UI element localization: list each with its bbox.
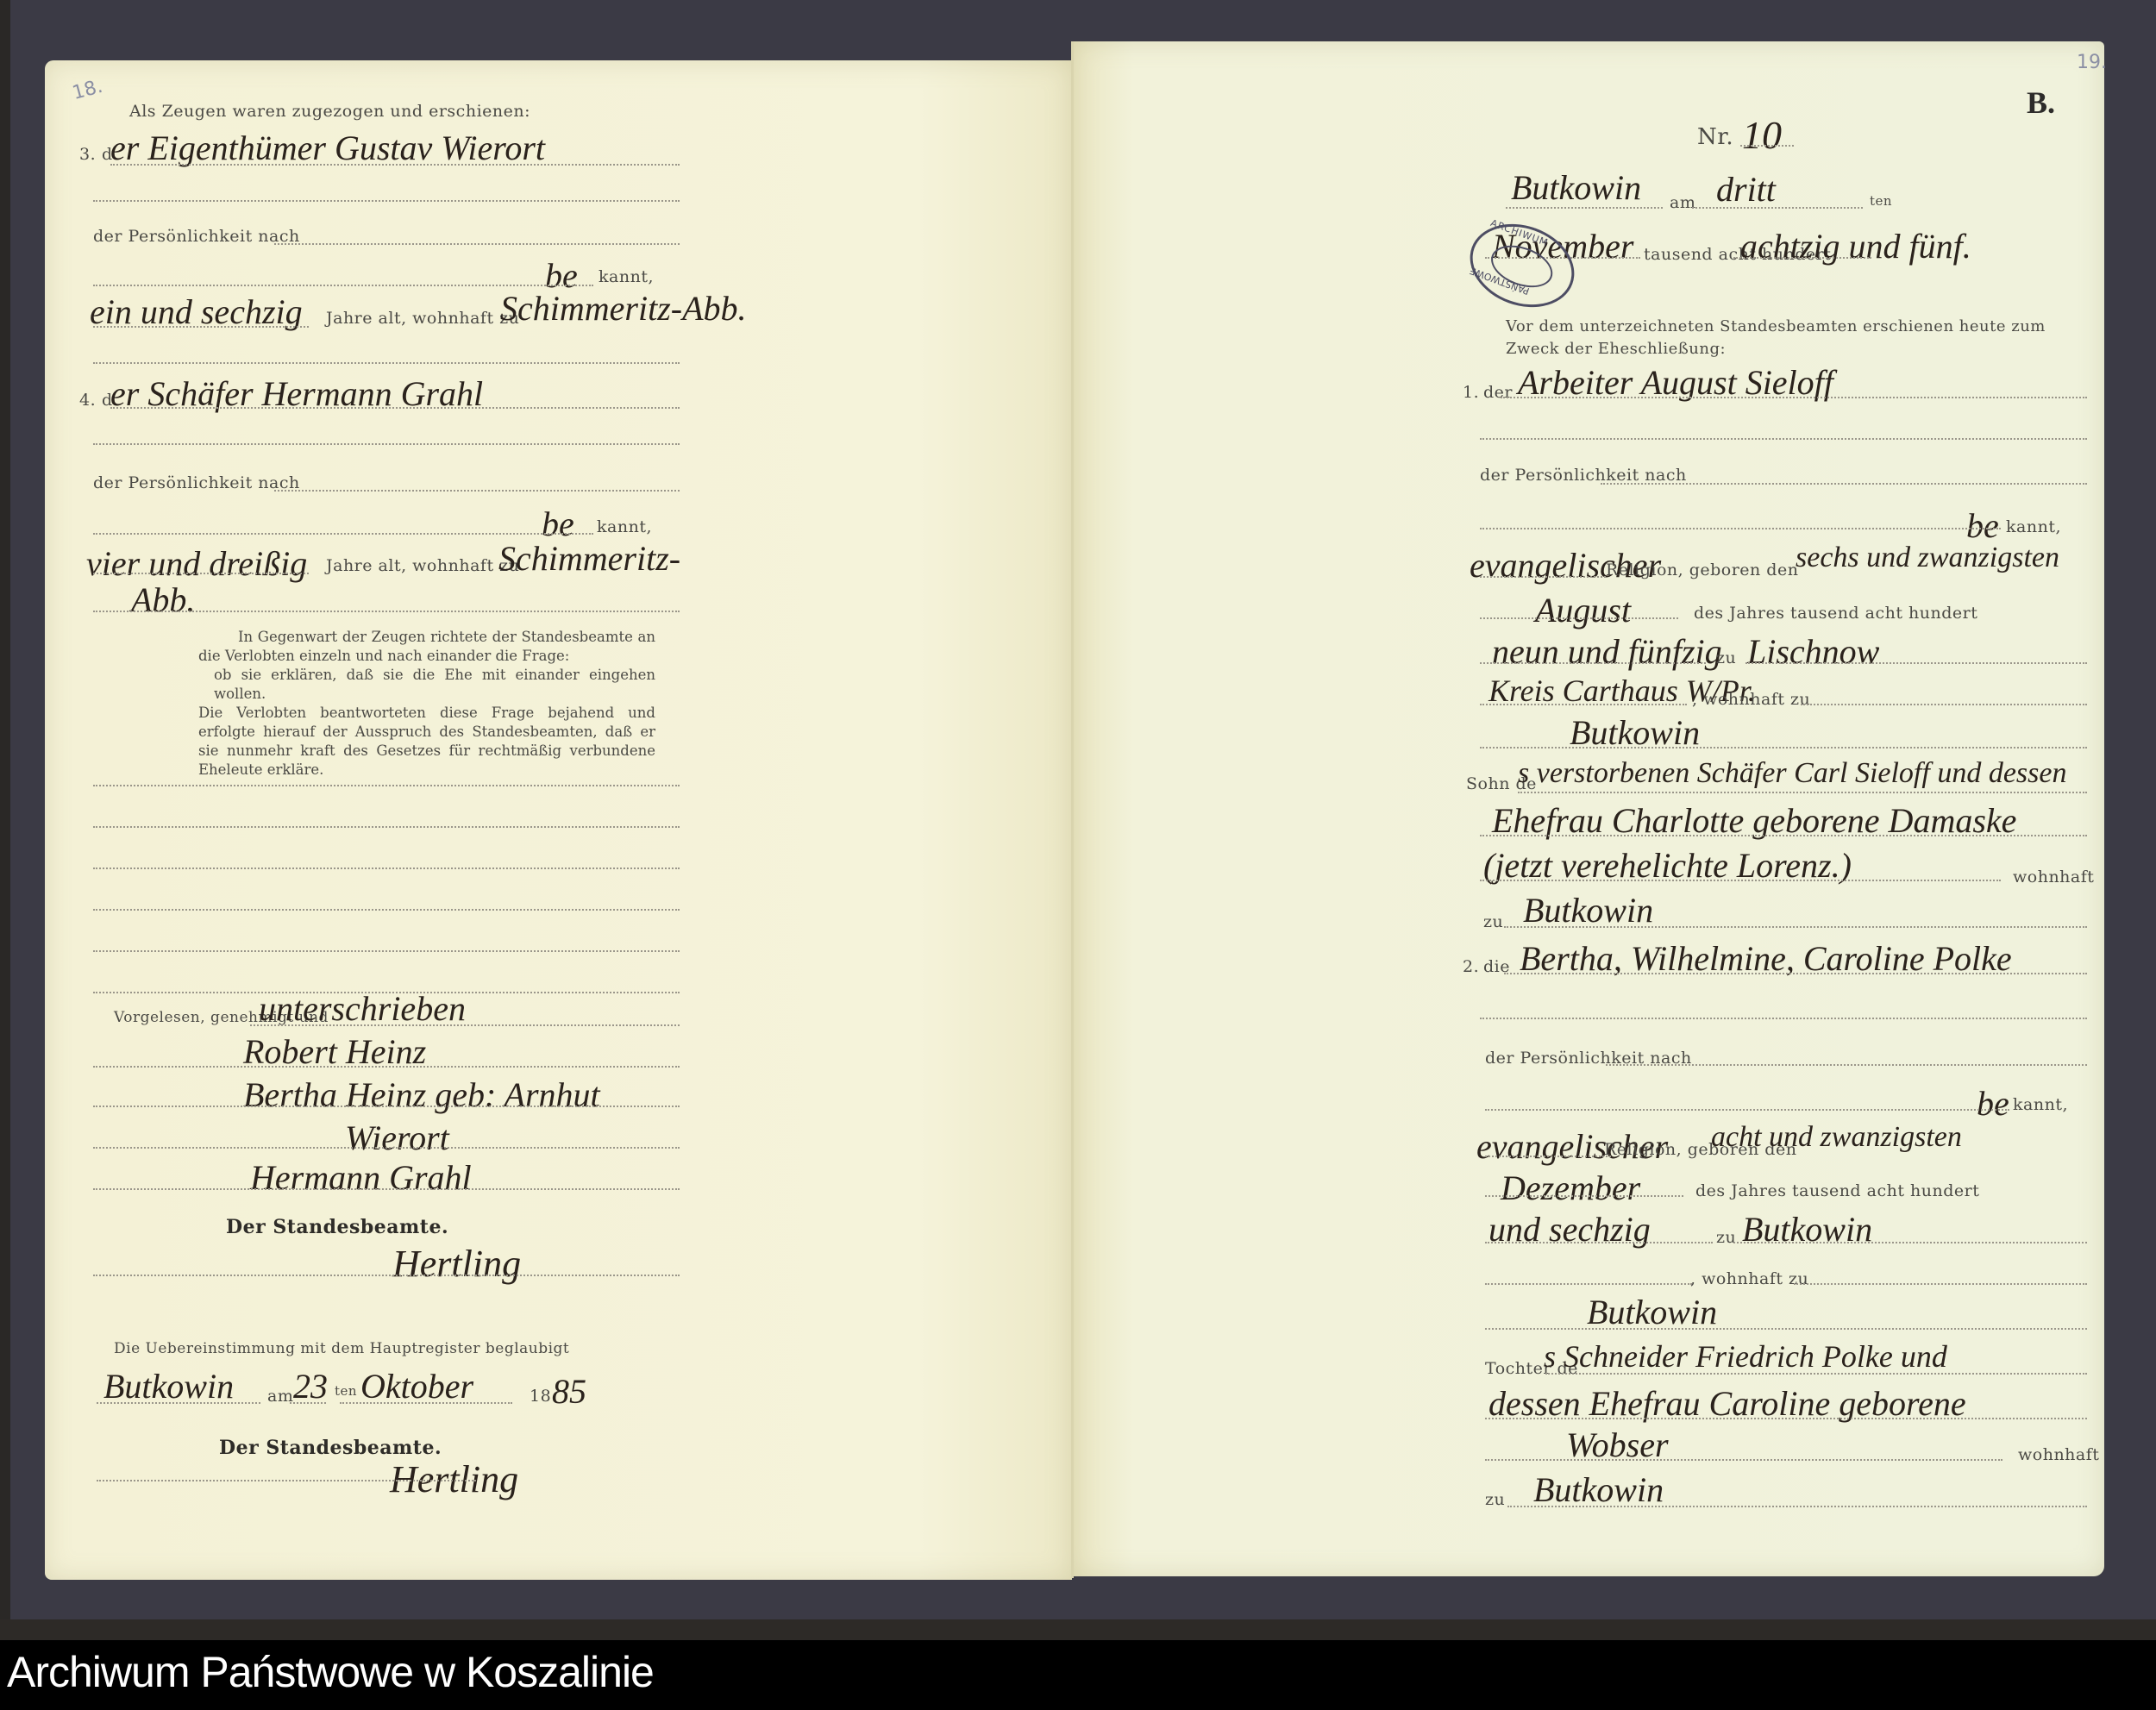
- form-line: [250, 1024, 680, 1026]
- right-page-number: 19.: [2077, 52, 2107, 73]
- form-line: [1485, 1328, 2087, 1330]
- form-line: [93, 1147, 680, 1149]
- form-line: [93, 573, 309, 574]
- officer-label-2: Der Standesbeamte.: [219, 1437, 442, 1459]
- bride-number: 2.: [1463, 957, 1479, 976]
- witness4-known-label: kannt,: [597, 517, 652, 536]
- form-line: [1480, 528, 2001, 529]
- form-line: [93, 200, 680, 202]
- form-line: [1480, 617, 1678, 619]
- ceremony-text-3: Die Verlobten beantworteten diese Frage …: [198, 705, 655, 778]
- ceremony-text-2: ob sie erklären, daß sie die Ehe mit ein…: [198, 666, 655, 704]
- record-number-label: Nr.: [1697, 124, 1733, 150]
- form-line: [1507, 1506, 2087, 1507]
- certification-year: 85: [552, 1371, 586, 1412]
- form-line: [1801, 704, 2087, 705]
- groom-birth-month: August: [1535, 590, 1631, 630]
- bride-parents-res-label: wohnhaft: [2018, 1445, 2099, 1464]
- ceremony-paragraph: In Gegenwart der Zeugen richtete der Sta…: [198, 628, 655, 780]
- certification-day: 23: [293, 1366, 328, 1406]
- form-line: [110, 407, 680, 409]
- groom-birth-place: Lischnow: [1747, 631, 1879, 672]
- form-line: [1480, 662, 1706, 664]
- form-line: [93, 785, 680, 786]
- form-line: [1480, 438, 2087, 440]
- groom-parents-zu-label: zu: [1483, 912, 1503, 931]
- form-line: [93, 1106, 680, 1107]
- form-line: [1485, 1283, 1692, 1285]
- registry-ten: ten: [1870, 193, 1892, 209]
- form-line: [1480, 704, 1687, 705]
- witness3-personality-label: der Persönlichkeit nach: [93, 227, 300, 246]
- form-line: [93, 909, 680, 911]
- registry-am: am: [1670, 193, 1695, 212]
- form-line: [97, 1402, 260, 1404]
- groom-known-label: kannt,: [2006, 517, 2061, 536]
- certification-month: Oktober: [360, 1366, 473, 1406]
- witness3-residence: Schimmeritz-Abb.: [500, 288, 747, 329]
- witness-heading: Als Zeugen waren zugezogen und erschiene…: [129, 102, 530, 121]
- form-line: [1733, 257, 1871, 259]
- form-line: [1485, 1242, 1713, 1243]
- form-line: [1485, 1195, 1683, 1197]
- scan-edge: [0, 0, 10, 1638]
- form-line: [290, 1402, 326, 1404]
- bride-parents-residence: Butkowin: [1533, 1469, 1664, 1510]
- witness4-number: 4.: [79, 391, 96, 410]
- form-line: [110, 164, 680, 166]
- groom-year-label: des Jahres tausend acht hundert: [1694, 604, 1977, 623]
- officer-signature-1: Hertling: [392, 1242, 521, 1286]
- scan-edge-bottom: [0, 1619, 2156, 1640]
- registry-year: achtzig und fünf.: [1740, 226, 1971, 266]
- form-line: [1485, 1109, 2009, 1111]
- form-line: [1733, 1242, 2087, 1243]
- form-line: [97, 1480, 476, 1481]
- groom-number: 1.: [1463, 383, 1479, 402]
- signature-3: Wierort: [345, 1118, 449, 1158]
- groom-birth-year: neun und fünfzig: [1492, 631, 1722, 672]
- witness4-personality-label: der Persönlichkeit nach: [93, 473, 300, 492]
- form-line: [93, 1066, 680, 1068]
- intro-text: Vor dem unterzeichneten Standesbeamten e…: [1506, 316, 2075, 360]
- groom-parents-1: s verstorbenen Schäfer Carl Sieloff und …: [1518, 757, 2066, 790]
- bride-zu-label: zu: [1716, 1228, 1736, 1247]
- form-line: [274, 243, 680, 245]
- form-line: [93, 868, 680, 869]
- book-spine: [1071, 41, 1074, 1578]
- witness4-age: vier und dreißig: [86, 543, 307, 584]
- form-line: [1745, 662, 2087, 664]
- form-line: [1480, 835, 2087, 836]
- witness4-residence: Schimmeritz-: [498, 538, 680, 579]
- bride-parents-1: s Schneider Friedrich Polke und: [1544, 1338, 1947, 1375]
- form-line: [1601, 483, 2087, 485]
- form-line: [1480, 1018, 2087, 1019]
- form-line: [1485, 1156, 1611, 1157]
- form-line: [1501, 397, 2087, 398]
- bride-residence: Butkowin: [1587, 1292, 1717, 1332]
- form-line: [274, 490, 680, 492]
- witness4-residence-cont: Abb.: [131, 579, 195, 620]
- form-letter: B.: [2027, 85, 2055, 121]
- groom-residence-label: , wohnhaft zu: [1692, 690, 1810, 709]
- form-line: [93, 443, 680, 445]
- form-line: [93, 1188, 680, 1190]
- form-line: [1485, 1418, 2087, 1419]
- form-line: [1504, 973, 2087, 974]
- form-line: [1692, 207, 1863, 209]
- groom-birth-day: sechs und zwanzigsten: [1796, 542, 2059, 574]
- form-line: [1504, 926, 2087, 928]
- form-line: [93, 1275, 680, 1276]
- form-line: [340, 1402, 512, 1404]
- form-line: [1518, 792, 2087, 793]
- signature-2: Bertha Heinz geb: Arnhut: [243, 1074, 600, 1115]
- form-line: [1740, 145, 1794, 147]
- witness3-age-label: Jahre alt, wohnhaft zu: [326, 309, 519, 328]
- witness4-age-label: Jahre alt, wohnhaft zu: [326, 556, 519, 575]
- witness3-known-label: kannt,: [599, 267, 654, 286]
- form-line: [1485, 1459, 2002, 1461]
- registry-place: Butkowin: [1511, 167, 1641, 208]
- form-line: [1506, 207, 1663, 209]
- bride-known-label: kannt,: [2013, 1095, 2068, 1114]
- bride-year-label: des Jahres tausend acht hundert: [1695, 1181, 1979, 1200]
- certification-year-prefix: 18: [530, 1387, 551, 1406]
- certification-ten: ten: [335, 1383, 357, 1399]
- certification-place: Butkowin: [103, 1366, 234, 1406]
- registry-day: dritt: [1716, 169, 1776, 210]
- groom-religion-label: Religion, geboren den: [1606, 561, 1798, 579]
- form-line: [93, 611, 680, 612]
- form-line: [93, 950, 680, 952]
- archive-name: Archiwum Państwowe w Koszalinie: [7, 1647, 654, 1697]
- archive-footer: Archiwum Państwowe w Koszalinie: [0, 1640, 2156, 1710]
- bride-birth-day: acht und zwanzigsten: [1711, 1121, 1962, 1154]
- bride-parents-zu-label: zu: [1485, 1490, 1505, 1509]
- form-line: [93, 285, 593, 286]
- witness3-number: 3.: [79, 145, 96, 164]
- witness3-name: er Eigenthümer Gustav Wierort: [110, 128, 545, 168]
- groom-parents-res-label: wohnhaft: [2013, 868, 2094, 886]
- signed-word: unterschrieben: [259, 988, 466, 1029]
- bride-residence-label: , wohnhaft zu: [1690, 1269, 1808, 1288]
- groom-zu-label: zu: [1716, 648, 1736, 667]
- form-line: [1794, 1283, 2087, 1285]
- form-line: [1480, 576, 1606, 578]
- form-line: [1480, 880, 2001, 881]
- groom-prefix: der: [1483, 383, 1513, 402]
- groom-known: be: [1966, 505, 1999, 546]
- form-line: [93, 826, 680, 828]
- form-line: [1480, 747, 2087, 749]
- form-line: [1545, 1373, 2087, 1375]
- officer-label-1: Der Standesbeamte.: [226, 1216, 448, 1238]
- bride-birth-month: Dezember: [1501, 1168, 1640, 1208]
- bride-known: be: [1977, 1083, 2009, 1124]
- groom-personality-label: der Persönlichkeit nach: [1480, 466, 1687, 485]
- form-line: [1606, 1064, 2087, 1066]
- form-line: [93, 362, 680, 364]
- form-line: [93, 533, 593, 535]
- signature-4: Hermann Grahl: [250, 1157, 472, 1198]
- groom-parents-residence: Butkowin: [1523, 890, 1653, 930]
- ceremony-text-1: In Gegenwart der Zeugen richtete der Sta…: [198, 628, 655, 666]
- form-line: [93, 326, 309, 328]
- record-number: 10: [1742, 112, 1782, 158]
- certification-text: Die Uebereinstimmung mit dem Hauptregist…: [114, 1340, 569, 1357]
